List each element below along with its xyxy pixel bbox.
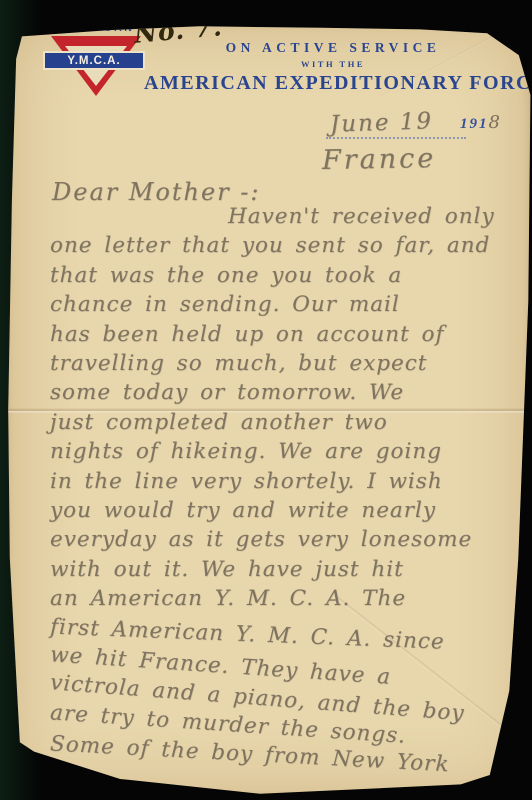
letter-line: everyday as it gets very lonesome — [50, 527, 532, 556]
handwritten-date: June 19 — [330, 108, 434, 138]
ymca-triangle-icon: Y.M.C.A. — [51, 36, 141, 96]
logo-american-label: AMERICAN — [44, 22, 148, 34]
letter-line: Haven't received only — [50, 204, 532, 233]
handwritten-place: France — [322, 143, 437, 176]
printed-year-prefix: 191 — [460, 116, 489, 132]
with-the-line: WITH THE — [144, 59, 522, 69]
letter-line: an American Y. M. C. A. The — [50, 586, 532, 615]
letter-line: has been held up on account of — [50, 322, 532, 351]
force-line: AMERICAN EXPEDITIONARY FORCE — [144, 72, 522, 95]
letter-line: you would try and write nearly — [50, 498, 532, 527]
letter-line: that was the one you took a — [50, 263, 532, 292]
letter-line: some today or tomorrow. We — [50, 380, 532, 409]
letter-page: AMERICAN Y.M.C.A. No. 7. ON ACTIVE SERVI… — [4, 20, 532, 800]
letter-line: chance in sending. Our mail — [50, 292, 532, 321]
letter-body: Haven't received only one letter that yo… — [50, 204, 532, 761]
letter-line: in the line very shortely. I wish — [50, 469, 532, 498]
letter-line: nights of hikeing. We are going — [50, 439, 532, 468]
letter-line: travelling so much, but expect — [50, 351, 532, 380]
handwritten-year-digit: 8 — [489, 112, 500, 133]
ymca-band-label: Y.M.C.A. — [43, 51, 145, 70]
printed-letterhead: ON ACTIVE SERVICE WITH THE AMERICAN EXPE… — [144, 40, 522, 95]
photo-background: AMERICAN Y.M.C.A. No. 7. ON ACTIVE SERVI… — [0, 0, 532, 800]
year-group: 1918 — [460, 112, 500, 133]
date-dotted-rule — [326, 137, 466, 139]
letter-line: one letter that you sent so far, and — [50, 233, 532, 262]
ymca-logo: AMERICAN Y.M.C.A. — [44, 22, 148, 96]
service-line: ON ACTIVE SERVICE — [144, 40, 522, 56]
letter-line: with out it. We have just hit — [50, 557, 532, 586]
salutation: Dear Mother -: — [52, 178, 260, 206]
letter-line: just completed another two — [50, 410, 532, 439]
